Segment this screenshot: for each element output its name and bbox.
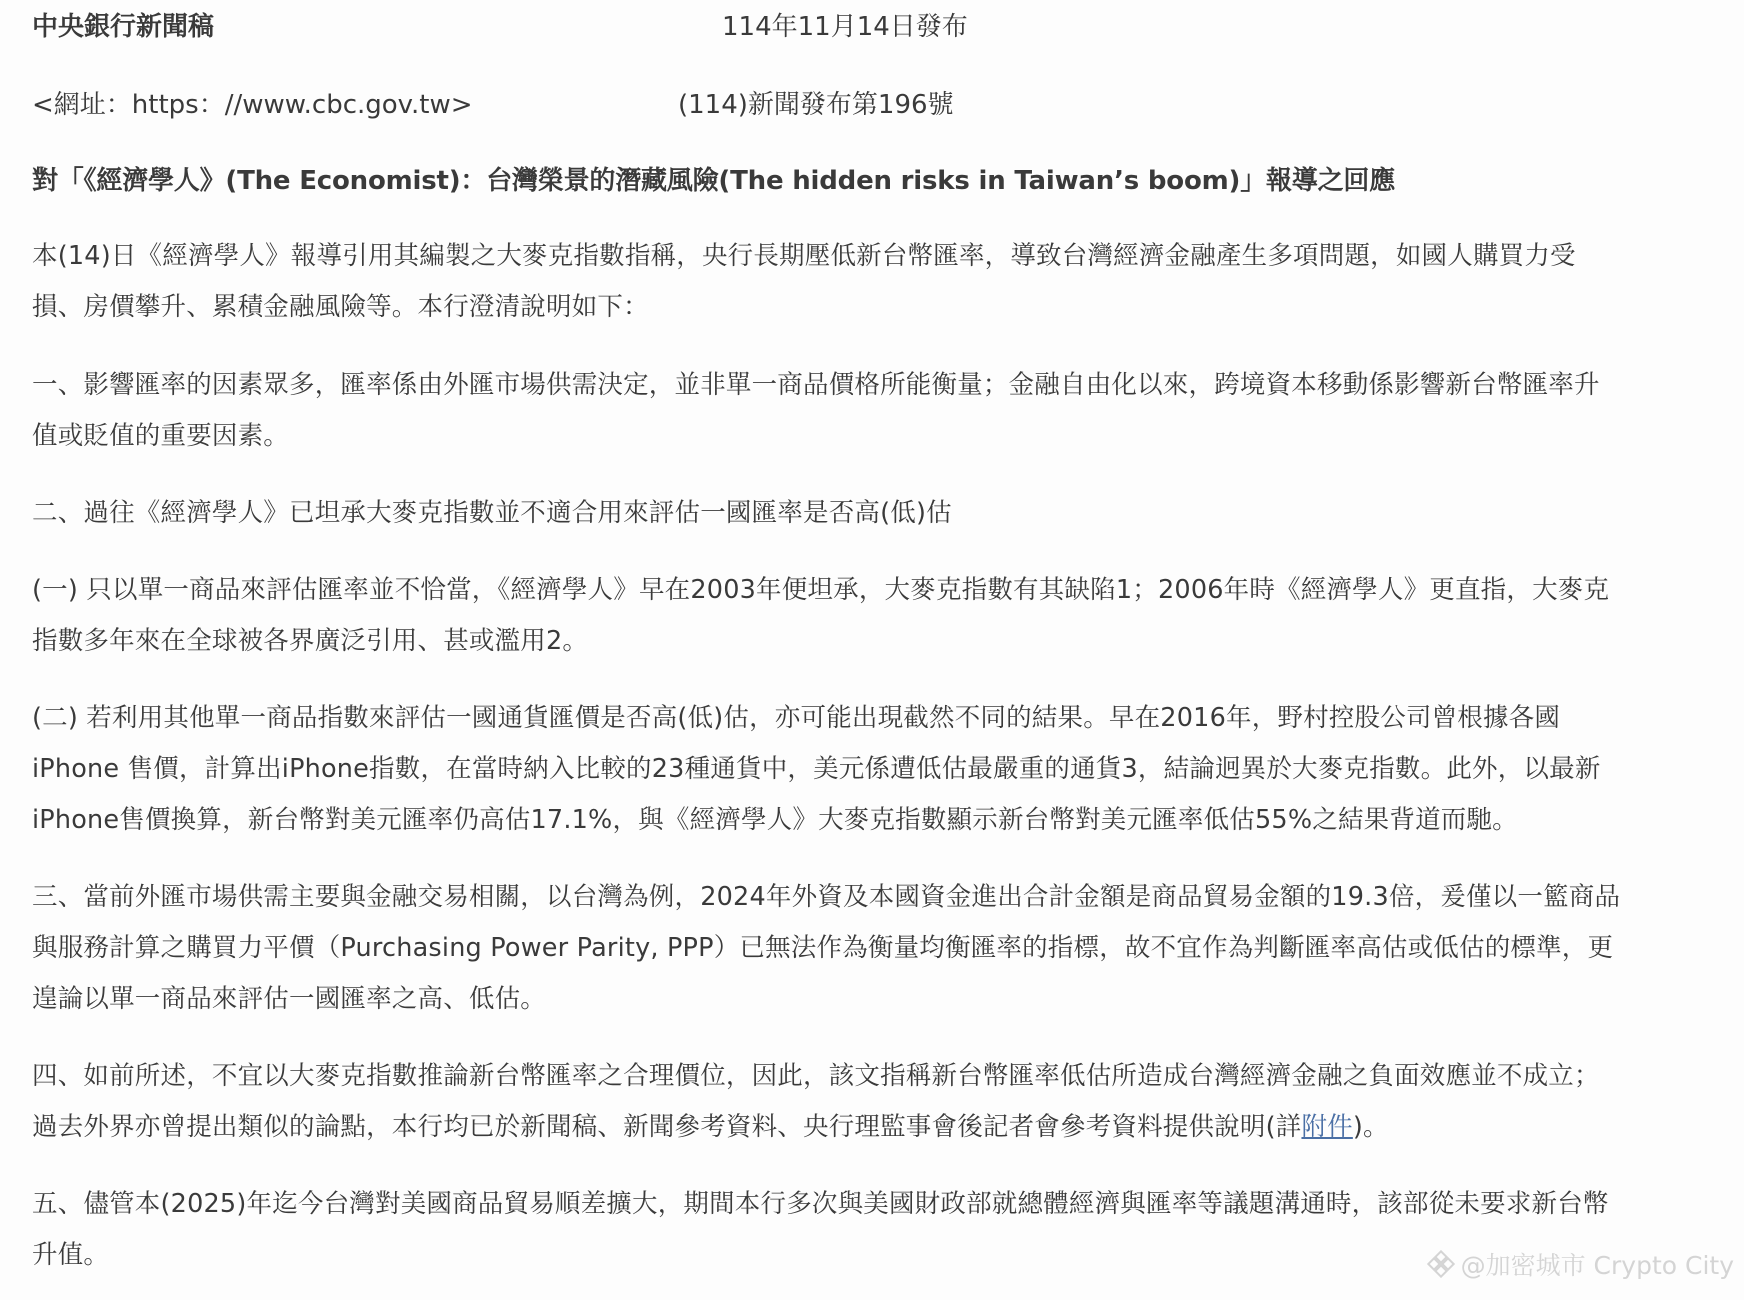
paragraph-text: 過去外界亦曾提出類似的論點，本行均已於新聞稿、新聞參考資料、央行理監事會後記者會… xyxy=(32,1112,1301,1142)
website-url: <網址：https：//www.cbc.gov.tw> xyxy=(32,84,473,121)
binance-logo-icon xyxy=(1427,1250,1455,1278)
paragraph-line: 四、如前所述，不宜以大麥克指數推論新台幣匯率之合理價位，因此，該文指稱新台幣匯率… xyxy=(32,1051,1722,1102)
attachment-link[interactable]: 附件 xyxy=(1301,1112,1352,1142)
point-2-2-paragraph: (二) 若利用其他單一商品指數來評估一國通貨匯價是否高(低)估，亦可能出現截然不… xyxy=(32,693,1722,846)
paragraph-text: )。 xyxy=(1353,1112,1389,1142)
headline: 對「《經濟學人》(The Economist)：台灣榮景的潛藏風險(The hi… xyxy=(32,160,1395,197)
point-4-paragraph: 四、如前所述，不宜以大麥克指數推論新台幣匯率之合理價位，因此，該文指稱新台幣匯率… xyxy=(32,1051,1722,1153)
paragraph-line: 過去外界亦曾提出類似的論點，本行均已於新聞稿、新聞參考資料、央行理監事會後記者會… xyxy=(32,1102,1722,1153)
point-2-heading: 二、過往《經濟學人》已坦承大麥克指數並不適合用來評估一國匯率是否高(低)估 xyxy=(32,488,1722,539)
paragraph-line: 二、過往《經濟學人》已坦承大麥克指數並不適合用來評估一國匯率是否高(低)估 xyxy=(32,488,1722,539)
paragraph-line: iPhone 售價，計算出iPhone指數，在當時納入比較的23種通貨中，美元係… xyxy=(32,744,1722,795)
paragraph-line: (二) 若利用其他單一商品指數來評估一國通貨匯價是否高(低)估，亦可能出現截然不… xyxy=(32,693,1722,744)
paragraph-line: 值或貶值的重要因素。 xyxy=(32,411,1722,462)
paragraph-line: (一) 只以單一商品來評估匯率並不恰當，《經濟學人》早在2003年便坦承，大麥克… xyxy=(32,565,1722,616)
paragraph-line: 指數多年來在全球被各界廣泛引用、甚或濫用2。 xyxy=(32,616,1722,667)
paragraph-line: 遑論以單一商品來評估一國匯率之高、低估。 xyxy=(32,974,1722,1025)
release-date: 114年11月14日發布 xyxy=(722,6,968,43)
watermark-text: @加密城市 Crypto City xyxy=(1461,1246,1734,1282)
watermark: @加密城市 Crypto City xyxy=(1427,1246,1734,1282)
paragraph-line: 本(14)日《經濟學人》報導引用其編製之大麥克指數指稱，央行長期壓低新台幣匯率，… xyxy=(32,231,1722,282)
paragraph-line: 與服務計算之購買力平價（Purchasing Power Parity, PPP… xyxy=(32,923,1722,974)
paragraph-line: 三、當前外匯市場供需主要與金融交易相關，以台灣為例，2024年外資及本國資金進出… xyxy=(32,872,1722,923)
release-number: (114)新聞發布第196號 xyxy=(678,84,954,121)
paragraph-line: 一、影響匯率的因素眾多，匯率係由外匯市場供需決定，並非單一商品價格所能衡量；金融… xyxy=(32,360,1722,411)
point-3-paragraph: 三、當前外匯市場供需主要與金融交易相關，以台灣為例，2024年外資及本國資金進出… xyxy=(32,872,1722,1025)
paragraph-line: 損、房價攀升、累積金融風險等。本行澄清說明如下： xyxy=(32,282,1722,333)
point-2-1-paragraph: (一) 只以單一商品來評估匯率並不恰當，《經濟學人》早在2003年便坦承，大麥克… xyxy=(32,565,1722,667)
point-1-paragraph: 一、影響匯率的因素眾多，匯率係由外匯市場供需決定，並非單一商品價格所能衡量；金融… xyxy=(32,360,1722,462)
org-title: 中央銀行新聞稿 xyxy=(32,6,214,43)
intro-paragraph: 本(14)日《經濟學人》報導引用其編製之大麥克指數指稱，央行長期壓低新台幣匯率，… xyxy=(32,231,1722,333)
paragraph-line: 五、儘管本(2025)年迄今台灣對美國商品貿易順差擴大，期間本行多次與美國財政部… xyxy=(32,1179,1722,1230)
paragraph-line: iPhone售價換算，新台幣對美元匯率仍高估17.1%，與《經濟學人》大麥克指數… xyxy=(32,795,1722,846)
